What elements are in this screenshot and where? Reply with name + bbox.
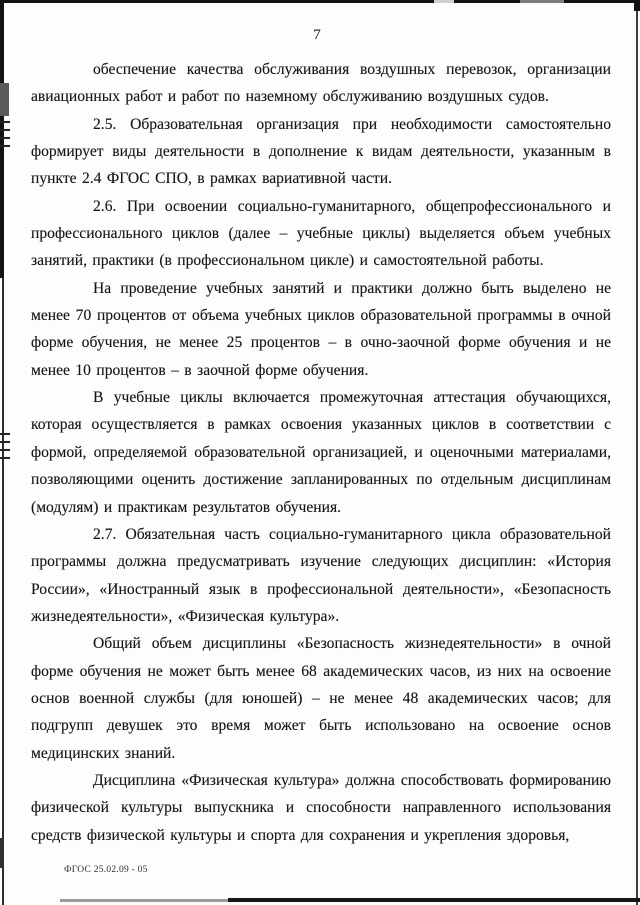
scan-edge-top	[0, 0, 640, 3]
scan-noise-tick	[0, 145, 10, 147]
paragraph-life-safety-hours: Общий объем дисциплины «Безопасность жиз…	[31, 630, 611, 767]
scan-noise-tick	[0, 449, 10, 451]
scan-edge-right-top	[634, 0, 640, 11]
scan-edge-top-gray	[520, 0, 564, 3]
scan-noise-tick	[0, 121, 10, 123]
document-body: обеспечение качества обслуживания воздуш…	[31, 56, 611, 849]
paragraph-physical-culture: Дисциплина «Физическая культура» должна …	[31, 767, 611, 849]
scan-noise-tick	[0, 129, 10, 131]
paragraph-training-volume: На проведение учебных занятий и практики…	[31, 275, 611, 384]
paragraph-interim-attestation: В учебные циклы включается промежуточная…	[31, 384, 611, 521]
paragraph-2-6: 2.6. При освоении социально-гуманитарног…	[31, 193, 611, 275]
scan-noise-tick	[0, 457, 10, 459]
scan-edge-right-line	[636, 0, 638, 905]
scanned-document-page: 7 обеспечение качества обслуживания возд…	[0, 0, 640, 905]
scan-edge-left-patch	[0, 83, 9, 116]
scan-noise-left-bottom	[0, 838, 3, 868]
scan-noise-tick	[0, 441, 10, 443]
scan-edge-bottom-gray	[60, 899, 228, 902]
page-number: 7	[0, 27, 634, 44]
scan-noise-tick	[0, 137, 10, 139]
scan-edge-bottom-dark	[228, 898, 640, 902]
scan-noise-tick	[0, 433, 10, 435]
paragraph-2-5: 2.5. Образовательная организация при нео…	[31, 111, 611, 193]
paragraph-2-7: 2.7. Обязательная часть социально-гумани…	[31, 521, 611, 630]
scan-edge-top-gap	[434, 0, 454, 3]
paragraph-continuation: обеспечение качества обслуживания воздуш…	[31, 56, 611, 111]
scan-edge-left-line	[2, 0, 4, 905]
footer-document-code: ФГОС 25.02.09 - 05	[64, 865, 148, 875]
